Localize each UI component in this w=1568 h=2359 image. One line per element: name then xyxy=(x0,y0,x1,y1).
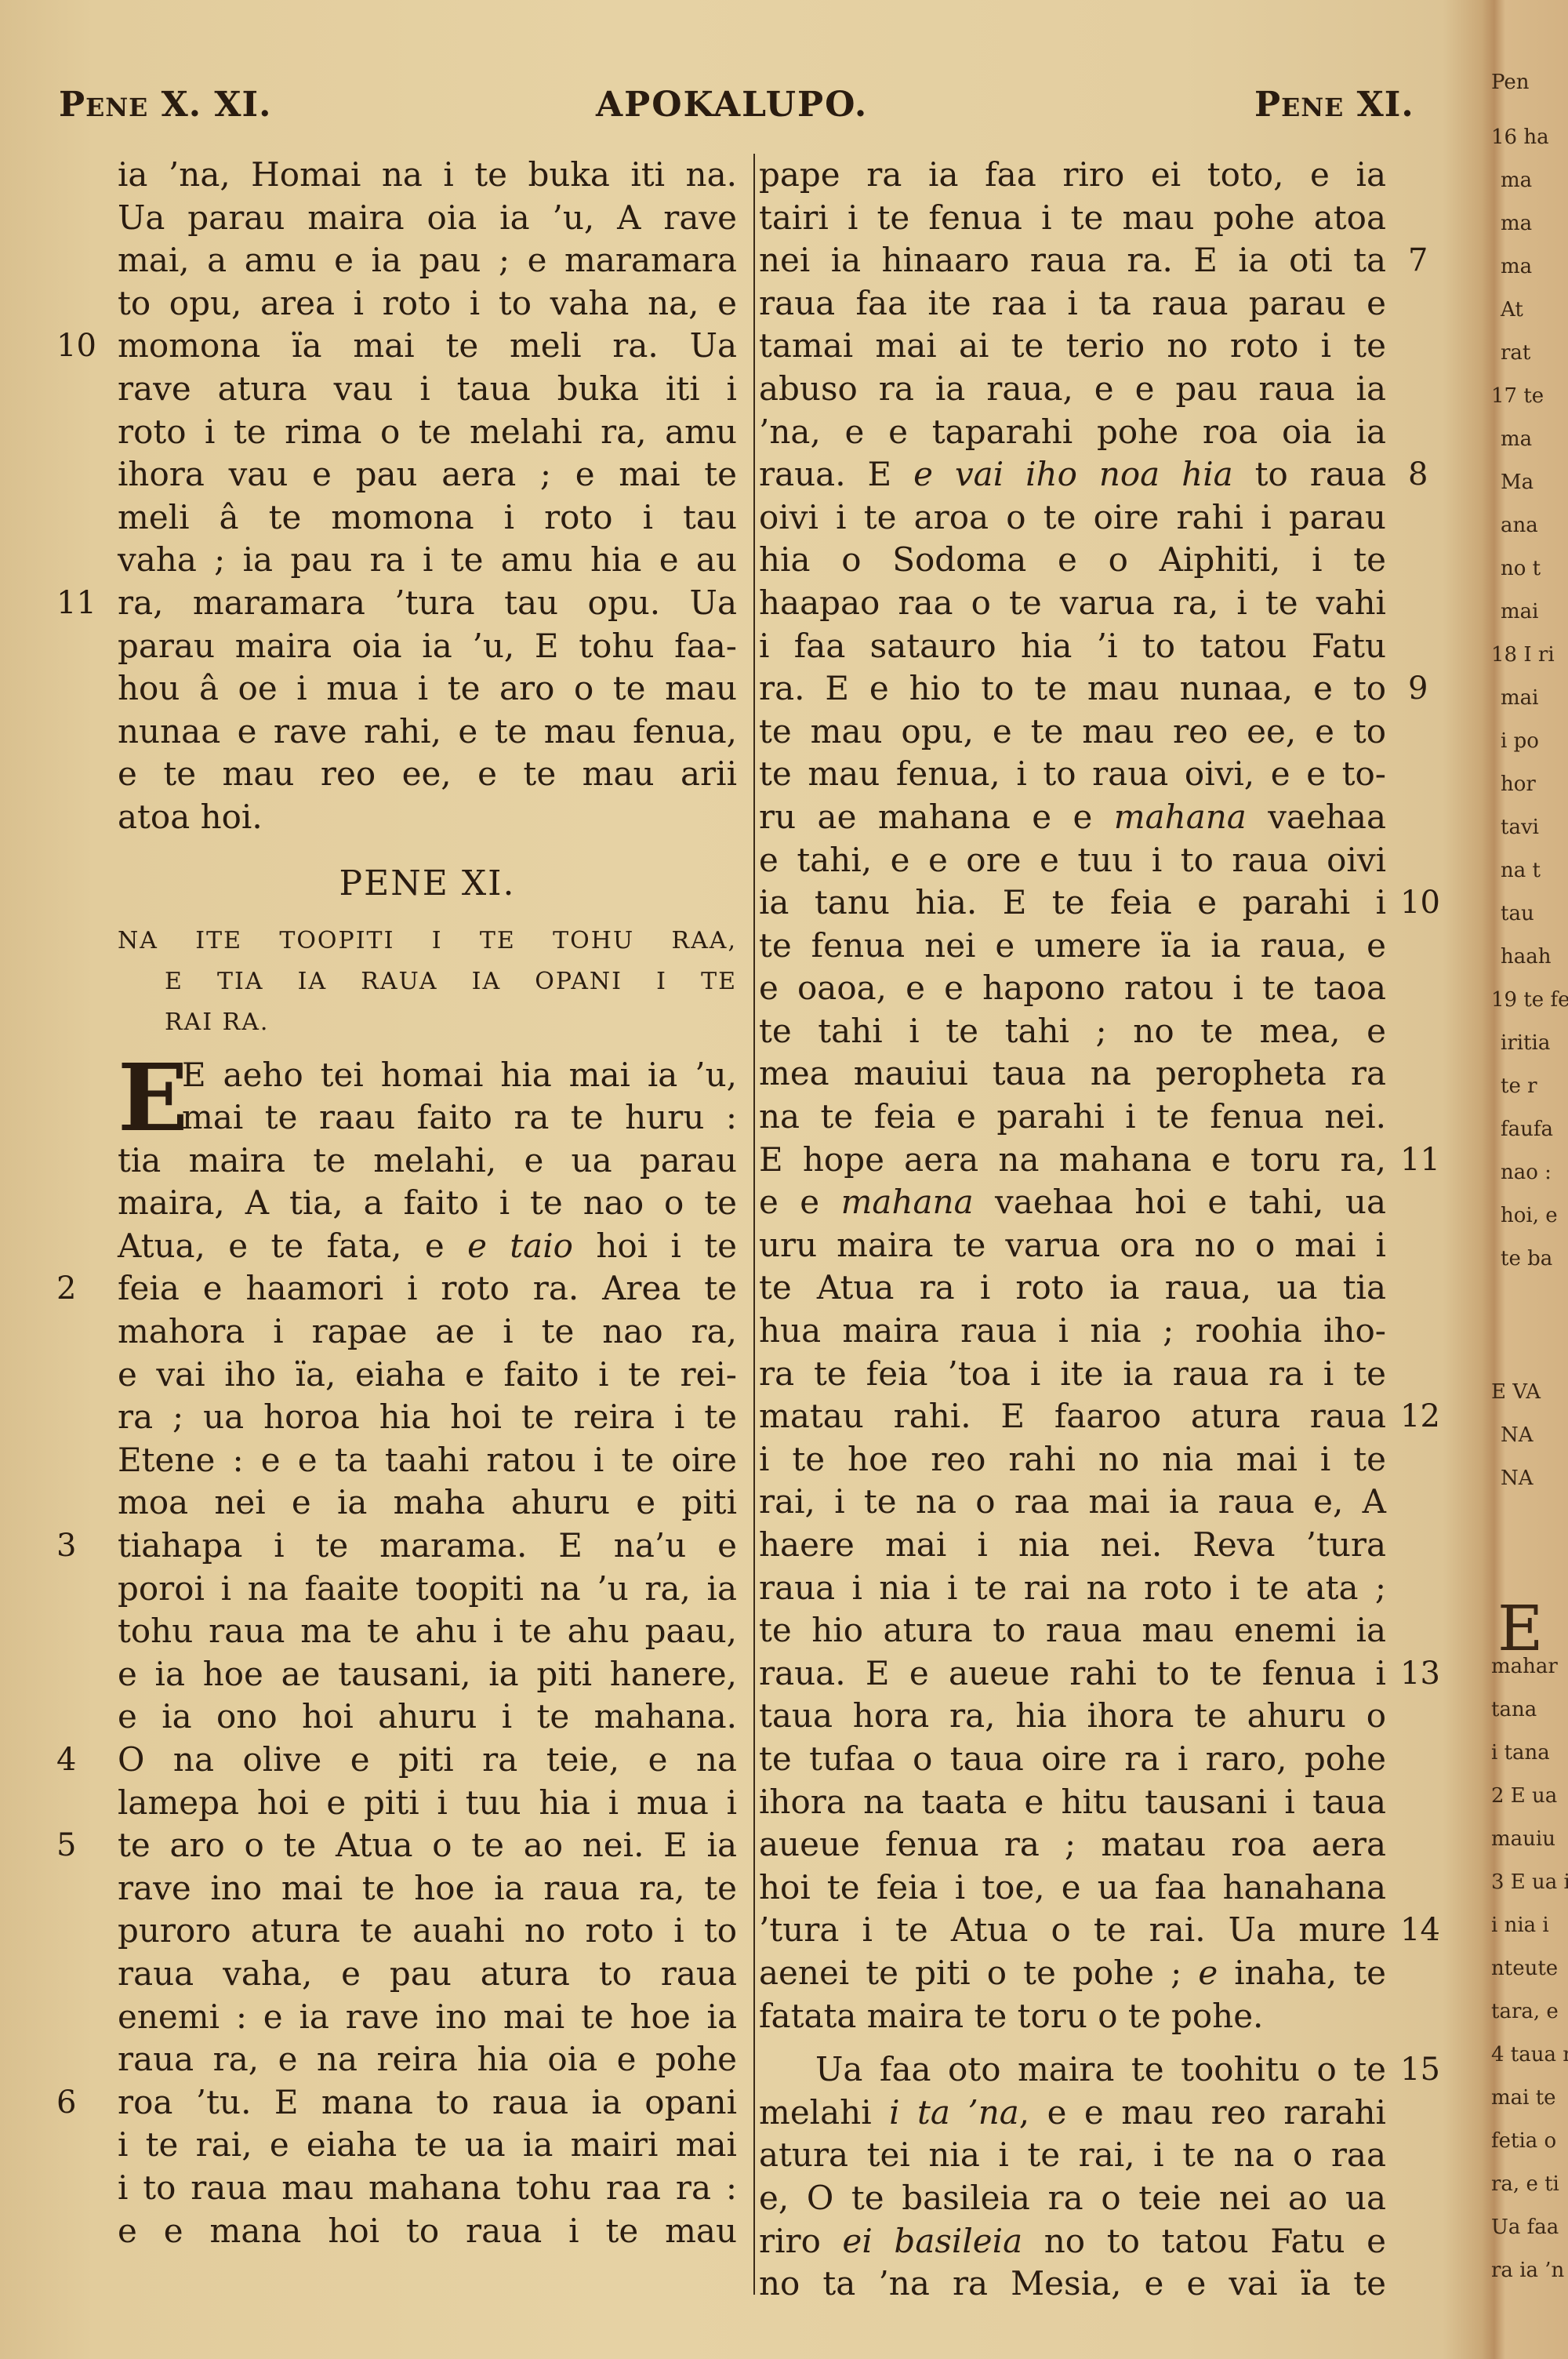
text-line: rave ino mai te hoe ia raua ra, te xyxy=(118,1867,737,1910)
text-line: raua ra, e na reira hia oia e pohe xyxy=(118,2038,737,2081)
chapter-summary-line: NA ITE TOOPITI I TE TOHU RAA, xyxy=(118,921,737,961)
line-text: hou â oe i mua i te aro o te mau xyxy=(118,669,737,707)
line-text: e ia ono hoi ahuru i te mahana. xyxy=(118,1697,737,1736)
adjacent-page-text: 16 ha xyxy=(1491,125,1549,149)
adjacent-page-text: mai xyxy=(1501,686,1538,710)
text-line: meli â te momona i roto i tau xyxy=(118,496,737,540)
adjacent-page-text: tara, e xyxy=(1491,2000,1559,2023)
verse-line: 13raua. E e aueue rahi to te fenua i xyxy=(759,1652,1386,1696)
left-column: ia ’na, Homai na i te buka iti na.Ua par… xyxy=(118,154,737,2252)
text-line: lamepa hoi e piti i tuu hia i mua i xyxy=(118,1782,737,1825)
adjacent-page-text: 4 taua m xyxy=(1491,2043,1568,2066)
line-text: tairi i te fenua i te mau pohe atoa xyxy=(759,198,1386,237)
text-line: hia o Sodoma e o Aiphiti, i te xyxy=(759,539,1386,582)
line-text: hoi i te xyxy=(573,1227,737,1265)
line-text: enemi : e ia rave ino mai te hoe ia xyxy=(118,1997,737,2036)
line-text: ia tanu hia. E te feia e parahi i xyxy=(759,883,1386,921)
adjacent-page-text: Ma xyxy=(1501,471,1534,494)
text-line: ’na, e e taparahi pohe roa oia ia xyxy=(759,411,1386,454)
adjacent-page-text: ma xyxy=(1501,427,1532,451)
line-text: atoa hoi. xyxy=(118,798,263,836)
text-line: te Atua ra i roto ia raua, ua tia xyxy=(759,1267,1386,1310)
adjacent-page-text: 3 E ua i xyxy=(1491,1870,1568,1894)
text-line: i faa satauro hia ’i to tatou Fatu xyxy=(759,625,1386,668)
adjacent-page-text: no t xyxy=(1501,557,1541,580)
line-text: e tahi, e e ore e tuu i to raua oivi xyxy=(759,841,1386,879)
verse-number: 10 xyxy=(1400,881,1440,925)
verse-line: 15Ua faa oto maira te toohitu o te xyxy=(759,2048,1386,2092)
line-text: matau rahi. E faaroo atura raua xyxy=(759,1397,1386,1435)
line-text: roto i te rima o te melahi ra, amu xyxy=(118,413,737,451)
text-line: melahi i ta ’na, e e mau reo rarahi xyxy=(759,2092,1386,2135)
line-text: raua. E e aueue rahi to te fenua i xyxy=(759,1654,1386,1692)
text-line: mea mauiui taua na peropheta ra xyxy=(759,1052,1386,1096)
line-text: abuso ra ia raua, e e pau raua ia xyxy=(759,369,1386,408)
text-line: e e mana hoi to raua i te mau xyxy=(118,2210,737,2253)
text-line: fatata maira te toru o te pohe. xyxy=(759,1995,1386,2038)
text-line: raua i nia i te rai na roto i te ata ; xyxy=(759,1567,1386,1610)
text-line: ru ae mahana e e mahana vaehaa xyxy=(759,796,1386,839)
text-line: Atua, e te fata, e e taio hoi i te xyxy=(118,1225,737,1268)
verse-line: 11ra, maramara ’tura tau opu. Ua xyxy=(118,582,737,625)
line-text: e oaoa, e e hapono ratou i te taoa xyxy=(759,969,1386,1007)
adjacent-page-text: 18 I ri xyxy=(1491,643,1555,667)
line-text: to opu, area i roto i to vaha na, e xyxy=(118,284,737,322)
line-text: e ia hoe ae tausani, ia piti hanere, xyxy=(118,1655,737,1693)
adjacent-page-text: NA xyxy=(1501,1423,1534,1447)
adjacent-page-text: te ba xyxy=(1501,1247,1552,1270)
verse-number: 10 xyxy=(56,325,96,368)
adjacent-page-text: Pen xyxy=(1491,71,1529,94)
text-line: e tahi, e e ore e tuu i to raua oivi xyxy=(759,839,1386,882)
verse-line: 9ra. E e hio to te mau nunaa, e to xyxy=(759,667,1386,711)
line-text: te mau fenua, i to raua oivi, e e to- xyxy=(759,754,1386,793)
verse-number: 13 xyxy=(1400,1652,1440,1696)
adjacent-page-text: hoi, e xyxy=(1501,1204,1558,1227)
text-line: moa nei e ia maha ahuru e piti xyxy=(118,1481,737,1525)
text-line: pape ra ia faa riro ei toto, e ia xyxy=(759,154,1386,197)
adjacent-page-text: ana xyxy=(1501,514,1538,537)
text-line: mai te raau faito ra te huru : xyxy=(118,1096,737,1140)
verse-number: 15 xyxy=(1400,2048,1440,2092)
line-text: pape ra ia faa riro ei toto, e ia xyxy=(759,155,1386,194)
verse-line: 10momona ïa mai te meli ra. Ua xyxy=(118,325,737,368)
verse-line: 5te aro o te Atua o te ao nei. E ia xyxy=(118,1824,737,1867)
adjacent-page-text: At xyxy=(1501,298,1523,322)
text-line: taua hora ra, hia ihora te ahuru o xyxy=(759,1695,1386,1738)
text-line: te tufaa o taua oire ra i raro, pohe xyxy=(759,1738,1386,1781)
text-line: raua faa ite raa i ta raua parau e xyxy=(759,282,1386,325)
verse-number: 2 xyxy=(56,1267,76,1310)
line-text: Ua faa oto maira te toohitu o te xyxy=(815,2050,1386,2088)
text-line: e e mahana vaehaa hoi e tahi, ua xyxy=(759,1181,1386,1224)
text-line: haapao raa o te varua ra, i te vahi xyxy=(759,582,1386,625)
text-line: vaha ; ia pau ra i te amu hia e au xyxy=(118,539,737,582)
line-text: raua i nia i te rai na roto i te ata ; xyxy=(759,1568,1386,1607)
text-line: rai, i te na o raa mai ia raua e, A xyxy=(759,1481,1386,1524)
text-line: atoa hoi. xyxy=(118,796,737,839)
adjacent-page-text: E VA xyxy=(1491,1380,1541,1404)
text-line: ihora na taata e hitu tausani i taua xyxy=(759,1781,1386,1824)
text-line: rave atura vau i taua buka iti i xyxy=(118,368,737,411)
text-line: mahora i rapae ae i te nao ra, xyxy=(118,1310,737,1354)
line-text: no to tatou Fatu e xyxy=(1022,2222,1386,2260)
right-column-body: pape ra ia faa riro ei toto, e iatairi i… xyxy=(759,154,1386,2306)
line-text: momona ïa mai te meli ra. Ua xyxy=(118,326,737,365)
line-text: haere mai i nia nei. Reva ’tura xyxy=(759,1525,1386,1564)
line-text: lamepa hoi e piti i tuu hia i mua i xyxy=(118,1783,737,1822)
line-text: O na olive e piti ra teie, e na xyxy=(118,1740,737,1779)
verse-number: 5 xyxy=(56,1824,76,1867)
line-text: ihora na taata e hitu tausani i taua xyxy=(759,1783,1386,1821)
text-line: ihora vau e pau aera ; e mai te xyxy=(118,453,737,496)
text-line: tohu raua ma te ahu i te ahu paau, xyxy=(118,1610,737,1653)
italic-text: e vai iho noa hia xyxy=(913,455,1233,493)
text-line: aenei te piti o te pohe ; e inaha, te xyxy=(759,1952,1386,1995)
text-line: puroro atura te auahi no roto i to xyxy=(118,1910,737,1953)
line-text: e, O te basileia ra o teie nei ao ua xyxy=(759,2179,1386,2217)
line-text: raua vaha, e pau atura to raua xyxy=(118,1954,737,1993)
line-text: ra, maramara ’tura tau opu. Ua xyxy=(118,583,737,622)
line-text: te Atua ra i roto ia raua, ua tia xyxy=(759,1268,1386,1307)
text-line: ia ’na, Homai na i te buka iti na. xyxy=(118,154,737,197)
text-line: e oaoa, e e hapono ratou i te taoa xyxy=(759,967,1386,1010)
line-text: to raua xyxy=(1233,455,1386,493)
line-text: raua ra, e na reira hia oia e pohe xyxy=(118,2040,737,2078)
adjacent-page-text: i po xyxy=(1501,729,1539,753)
line-text: te aro o te Atua o te ao nei. E ia xyxy=(118,1826,737,1864)
line-text: feia e haamori i roto ra. Area te xyxy=(118,1269,737,1307)
line-text: e te mau reo ee, e te mau arii xyxy=(118,754,737,793)
text-line: ra te feia ’toa i ite ia raua ra i te xyxy=(759,1353,1386,1396)
running-head-book-title: APOKALUPO. xyxy=(596,85,868,125)
line-text: puroro atura te auahi no roto i to xyxy=(118,1911,737,1950)
verse-line: 3tiahapa i te marama. E na’u e xyxy=(118,1525,737,1568)
adjacent-page-text: tana xyxy=(1491,1698,1537,1721)
line-text: vaehaa xyxy=(1247,798,1386,836)
adjacent-page-text: ma xyxy=(1501,255,1532,278)
line-text: Atua, e te fata, e xyxy=(118,1227,467,1265)
adjacent-page-text: haah xyxy=(1501,945,1552,969)
line-text: i faa satauro hia ’i to tatou Fatu xyxy=(759,627,1386,665)
verse-number: 11 xyxy=(56,582,96,625)
left-column-continuation: ia ’na, Homai na i te buka iti na.Ua par… xyxy=(118,154,737,839)
text-line: tairi i te fenua i te mau pohe atoa xyxy=(759,197,1386,240)
chapter-title: PENE XI. xyxy=(118,852,737,916)
italic-text: ei basileia xyxy=(843,2222,1023,2260)
text-line: tamai mai ai te terio no roto i te xyxy=(759,325,1386,368)
adjacent-page-text: 19 te fe xyxy=(1491,988,1568,1012)
line-text: ra. E e hio to te mau nunaa, e to xyxy=(759,669,1386,707)
line-text: nei ia hinaaro raua ra. E ia oti ta xyxy=(759,241,1386,279)
text-line: hou â oe i mua i te aro o te mau xyxy=(118,667,737,711)
line-text: Ua parau maira oia ia ’u, A rave xyxy=(118,198,737,237)
line-text: hoi te feia i toe, e ua faa hanahana xyxy=(759,1868,1386,1906)
adjacent-page-text: fetia o xyxy=(1491,2129,1556,2153)
line-text: tohu raua ma te ahu i te ahu paau, xyxy=(118,1612,737,1650)
adjacent-page-text: nao : xyxy=(1501,1161,1552,1184)
adjacent-page-text: iritia xyxy=(1501,1031,1550,1055)
text-line: tia maira te melahi, e ua parau xyxy=(118,1140,737,1183)
text-line: enemi : e ia rave ino mai te hoe ia xyxy=(118,1996,737,2039)
line-text: moa nei e ia maha ahuru e piti xyxy=(118,1483,737,1521)
line-text: aenei te piti o te pohe ; xyxy=(759,1954,1198,1992)
text-line: maira, A tia, a faito i te nao o te xyxy=(118,1182,737,1225)
line-text: no ta ’na ra Mesia, e e vai ïa te xyxy=(759,2264,1386,2303)
adjacent-page-text: te r xyxy=(1501,1074,1537,1098)
line-text: E hope aera na mahana e toru ra, xyxy=(759,1140,1386,1179)
verse-number: 6 xyxy=(56,2081,76,2125)
line-text: tamai mai ai te terio no roto i te xyxy=(759,326,1386,365)
line-text: fatata maira te toru o te pohe. xyxy=(759,1997,1263,2035)
verse-line: 11E hope aera na mahana e toru ra, xyxy=(759,1139,1386,1182)
line-text: te tahi i te tahi ; no te mea, e xyxy=(759,1012,1386,1050)
text-line: parau maira oia ia ’u, E tohu faa- xyxy=(118,625,737,668)
line-text: raua. E xyxy=(759,455,913,493)
line-text: vaehaa hoi e tahi, ua xyxy=(974,1183,1386,1221)
adjacent-page-text: i tana xyxy=(1491,1741,1550,1765)
line-text: i to raua mau mahana tohu raa ra : xyxy=(118,2168,737,2207)
line-text: ihora vau e pau aera ; e mai te xyxy=(118,455,737,493)
line-text: hua maira raua i nia ; roohia iho- xyxy=(759,1311,1386,1350)
verse-number: 7 xyxy=(1408,239,1428,282)
verse-number: 3 xyxy=(56,1525,76,1568)
line-text: melahi xyxy=(759,2093,889,2132)
line-text: mea mauiui taua na peropheta ra xyxy=(759,1054,1386,1092)
right-column: pape ra ia faa riro ei toto, e iatairi i… xyxy=(759,154,1386,2306)
adjacent-page-text: i nia i xyxy=(1491,1914,1549,1937)
line-text: vaha ; ia pau ra i te amu hia e au xyxy=(118,540,737,579)
text-line: to opu, area i roto i to vaha na, e xyxy=(118,282,737,325)
text-line: te fenua nei e umere ïa ia raua, e xyxy=(759,925,1386,968)
adjacent-page-text: Ua faa xyxy=(1491,2215,1559,2239)
text-line: mai, a amu e ia pau ; e maramara xyxy=(118,239,737,282)
text-line: na te feia e parahi i te fenua nei. xyxy=(759,1096,1386,1139)
adjacent-page-text: nteute xyxy=(1491,1957,1558,1980)
line-text: i te hoe reo rahi no nia mai i te xyxy=(759,1440,1386,1478)
chapter-summary-line: RAI RA. xyxy=(118,1002,737,1043)
text-line: nunaa e rave rahi, e te mau fenua, xyxy=(118,711,737,754)
text-line: e te mau reo ee, e te mau arii xyxy=(118,753,737,796)
text-line: oivi i te aroa o te oire rahi i parau xyxy=(759,496,1386,540)
line-text: , e e mau reo rarahi xyxy=(1019,2093,1386,2132)
line-text: uru maira te varua ora no o mai i xyxy=(759,1226,1386,1264)
line-text: e e mana hoi to raua i te mau xyxy=(118,2212,737,2250)
line-text: mahora i rapae ae i te nao ra, xyxy=(118,1312,737,1350)
running-head-left: PENE X. XI. xyxy=(59,85,271,125)
text-line: raua vaha, e pau atura to raua xyxy=(118,1953,737,1996)
adjacent-page-text: ra ia ’n xyxy=(1491,2259,1564,2282)
line-text: ’tura i te Atua o te rai. Ua mure xyxy=(759,1910,1386,1949)
text-line: i te hoe reo rahi no nia mai i te xyxy=(759,1438,1386,1481)
column-divider xyxy=(753,154,755,2295)
adjacent-page-text: mauiu xyxy=(1491,1827,1555,1851)
adjacent-page-text: NA xyxy=(1501,1467,1534,1490)
line-text: taua hora ra, hia ihora te ahuru o xyxy=(759,1696,1386,1735)
line-text: nunaa e rave rahi, e te mau fenua, xyxy=(118,712,737,751)
line-text: e e xyxy=(759,1183,841,1221)
line-text: meli â te momona i roto i tau xyxy=(118,498,737,536)
text-line: no ta ’na ra Mesia, e e vai ïa te xyxy=(759,2263,1386,2306)
text-line: Etene : e e ta taahi ratou i te oire xyxy=(118,1439,737,1482)
line-text: aueue fenua ra ; matau roa aera xyxy=(759,1825,1386,1863)
line-text: ra te feia ’toa i ite ia raua ra i te xyxy=(759,1354,1386,1393)
adjacent-page-text: tavi xyxy=(1501,816,1539,839)
verse-line: 2feia e haamori i roto ra. Area te xyxy=(118,1267,737,1310)
adjacent-page-text: 17 te xyxy=(1491,384,1544,408)
verse-number: 14 xyxy=(1400,1909,1440,1952)
line-text: na te feia e parahi i te fenua nei. xyxy=(759,1097,1386,1136)
adjacent-page-text: mai te xyxy=(1491,2086,1556,2110)
line-text: tiahapa i te marama. E na’u e xyxy=(118,1526,737,1565)
verse-number: 9 xyxy=(1408,667,1428,711)
line-text: mai, a amu e ia pau ; e maramara xyxy=(118,241,737,279)
line-text: rai, i te na o raa mai ia raua e, A xyxy=(759,1482,1386,1521)
text-line: e ia hoe ae tausani, ia piti hanere, xyxy=(118,1653,737,1696)
adjacent-page-text: ra, e ti xyxy=(1491,2172,1559,2196)
text-line: e, O te basileia ra o teie nei ao ua xyxy=(759,2177,1386,2220)
text-line: abuso ra ia raua, e e pau raua ia xyxy=(759,368,1386,411)
text-line: aueue fenua ra ; matau roa aera xyxy=(759,1823,1386,1866)
book-page: PENE X. XI. APOKALUPO. PENE XI. ia ’na, … xyxy=(0,0,1490,2359)
line-text: Etene : e e ta taahi ratou i te oire xyxy=(118,1441,737,1479)
italic-text: e taio xyxy=(467,1227,573,1265)
line-text: raua faa ite raa i ta raua parau e xyxy=(759,284,1386,322)
line-text: maira, A tia, a faito i te nao o te xyxy=(118,1183,737,1222)
line-text: parau maira oia ia ’u, E tohu faa- xyxy=(118,627,737,665)
line-text: te fenua nei e umere ïa ia raua, e xyxy=(759,926,1386,965)
verse-number: 8 xyxy=(1408,453,1428,496)
verse-line: 14’tura i te Atua o te rai. Ua mure xyxy=(759,1909,1386,1952)
line-text: riro xyxy=(759,2222,843,2260)
verse-line: 10ia tanu hia. E te feia e parahi i xyxy=(759,881,1386,925)
adjacent-page-text: rat xyxy=(1501,341,1530,365)
italic-text: e xyxy=(1198,1954,1218,1992)
text-line: Ua parau maira oia ia ’u, A rave xyxy=(118,197,737,240)
adjacent-page-text: hor xyxy=(1501,772,1536,796)
verse-line: 8raua. E e vai iho noa hia to raua xyxy=(759,453,1386,496)
text-line: te hio atura to raua mau enemi ia xyxy=(759,1609,1386,1652)
adjacent-page-edge: Pen16 hamamamaAtrat17 temaMaanano tmai18… xyxy=(1490,0,1568,2359)
line-text: ra ; ua horoa hia hoi te reira i te xyxy=(118,1398,737,1436)
text-line: haere mai i nia nei. Reva ’tura xyxy=(759,1524,1386,1567)
line-text: e vai iho ïa, eiaha e faito i te rei- xyxy=(118,1355,737,1394)
adjacent-page-text: 2 E ua xyxy=(1491,1784,1557,1808)
adjacent-page-text: mahar xyxy=(1491,1655,1558,1678)
text-line: roto i te rima o te melahi ra, amu xyxy=(118,411,737,454)
adjacent-page-text: mai xyxy=(1501,600,1538,623)
chapter-summary-line: E TIA IA RAUA IA OPANI I TE xyxy=(118,961,737,1002)
chapter-opening: E E aeho tei homai hia mai ia ’u, mai te… xyxy=(118,1054,737,1140)
line-text: te hio atura to raua mau enemi ia xyxy=(759,1611,1386,1649)
adjacent-page-text: tau xyxy=(1501,902,1534,925)
line-text: inaha, te xyxy=(1218,1954,1386,1992)
line-text: te tufaa o taua oire ra i raro, pohe xyxy=(759,1739,1386,1778)
chapter-summary: NA ITE TOOPITI I TE TOHU RAA, E TIA IA R… xyxy=(118,921,737,1043)
text-line: i te rai, e eiaha te ua ia mairi mai xyxy=(118,2124,737,2167)
line-text: i te rai, e eiaha te ua ia mairi mai xyxy=(118,2125,737,2164)
adjacent-page-text: na t xyxy=(1501,859,1541,882)
text-line: e vai iho ïa, eiaha e faito i te rei- xyxy=(118,1354,737,1397)
text-line: e ia ono hoi ahuru i te mahana. xyxy=(118,1696,737,1739)
italic-text: mahana xyxy=(841,1183,974,1221)
line-text: rave ino mai te hoe ia raua ra, te xyxy=(118,1869,737,1907)
line-text: ’na, e e taparahi pohe roa oia ia xyxy=(759,413,1386,451)
verse-line: 7nei ia hinaaro raua ra. E ia oti ta xyxy=(759,239,1386,282)
italic-text: i ta ’na xyxy=(889,2093,1019,2132)
verse-number: 12 xyxy=(1400,1395,1440,1438)
line-text: hia o Sodoma e o Aiphiti, i te xyxy=(759,540,1386,579)
line-text: ru ae mahana e e xyxy=(759,798,1114,836)
line-text: te mau opu, e te mau reo ee, e to xyxy=(759,712,1386,751)
italic-text: mahana xyxy=(1114,798,1247,836)
adjacent-page-text: ma xyxy=(1501,212,1532,235)
verse-number: 11 xyxy=(1400,1139,1440,1182)
text-line: hua maira raua i nia ; roohia iho- xyxy=(759,1310,1386,1353)
text-line: te tahi i te tahi ; no te mea, e xyxy=(759,1010,1386,1053)
adjacent-page-text: faufa xyxy=(1501,1118,1553,1141)
text-line: E aeho tei homai hia mai ia ’u, xyxy=(118,1054,737,1097)
text-line: i to raua mau mahana tohu raa ra : xyxy=(118,2167,737,2210)
line-text: ia ’na, Homai na i te buka iti na. xyxy=(118,155,737,194)
verse-number: 4 xyxy=(56,1739,76,1782)
line-text: atura tei nia i te rai, i te na o raa xyxy=(759,2135,1386,2174)
verse-line: 4O na olive e piti ra teie, e na xyxy=(118,1739,737,1782)
verse-line: 6roa ’tu. E mana to raua ia opani xyxy=(118,2081,737,2125)
left-column-body: tia maira te melahi, e ua paraumaira, A … xyxy=(118,1140,737,2252)
line-text: roa ’tu. E mana to raua ia opani xyxy=(118,2083,737,2121)
line-text: haapao raa o te varua ra, i te vahi xyxy=(759,583,1386,622)
text-line: te mau fenua, i to raua oivi, e e to- xyxy=(759,753,1386,796)
running-head: PENE X. XI. APOKALUPO. PENE XI. xyxy=(0,85,1490,132)
running-head-right: PENE XI. xyxy=(1254,85,1414,125)
text-line: te mau opu, e te mau reo ee, e to xyxy=(759,711,1386,754)
text-line: riro ei basileia no to tatou Fatu e xyxy=(759,2220,1386,2263)
line-text: tia maira te melahi, e ua parau xyxy=(118,1141,737,1179)
text-line: poroi i na faaite toopiti na ’u ra, ia xyxy=(118,1568,737,1611)
adjacent-page-text: ma xyxy=(1501,169,1532,192)
line-text: poroi i na faaite toopiti na ’u ra, ia xyxy=(118,1569,737,1608)
text-line: uru maira te varua ora no o mai i xyxy=(759,1224,1386,1267)
text-line: hoi te feia i toe, e ua faa hanahana xyxy=(759,1866,1386,1910)
line-text: oivi i te aroa o te oire rahi i parau xyxy=(759,498,1386,536)
verse-line: 12matau rahi. E faaroo atura raua xyxy=(759,1395,1386,1438)
line-text: rave atura vau i taua buka iti i xyxy=(118,369,737,408)
text-line: ra ; ua horoa hia hoi te reira i te xyxy=(118,1396,737,1439)
text-line: atura tei nia i te rai, i te na o raa xyxy=(759,2134,1386,2177)
